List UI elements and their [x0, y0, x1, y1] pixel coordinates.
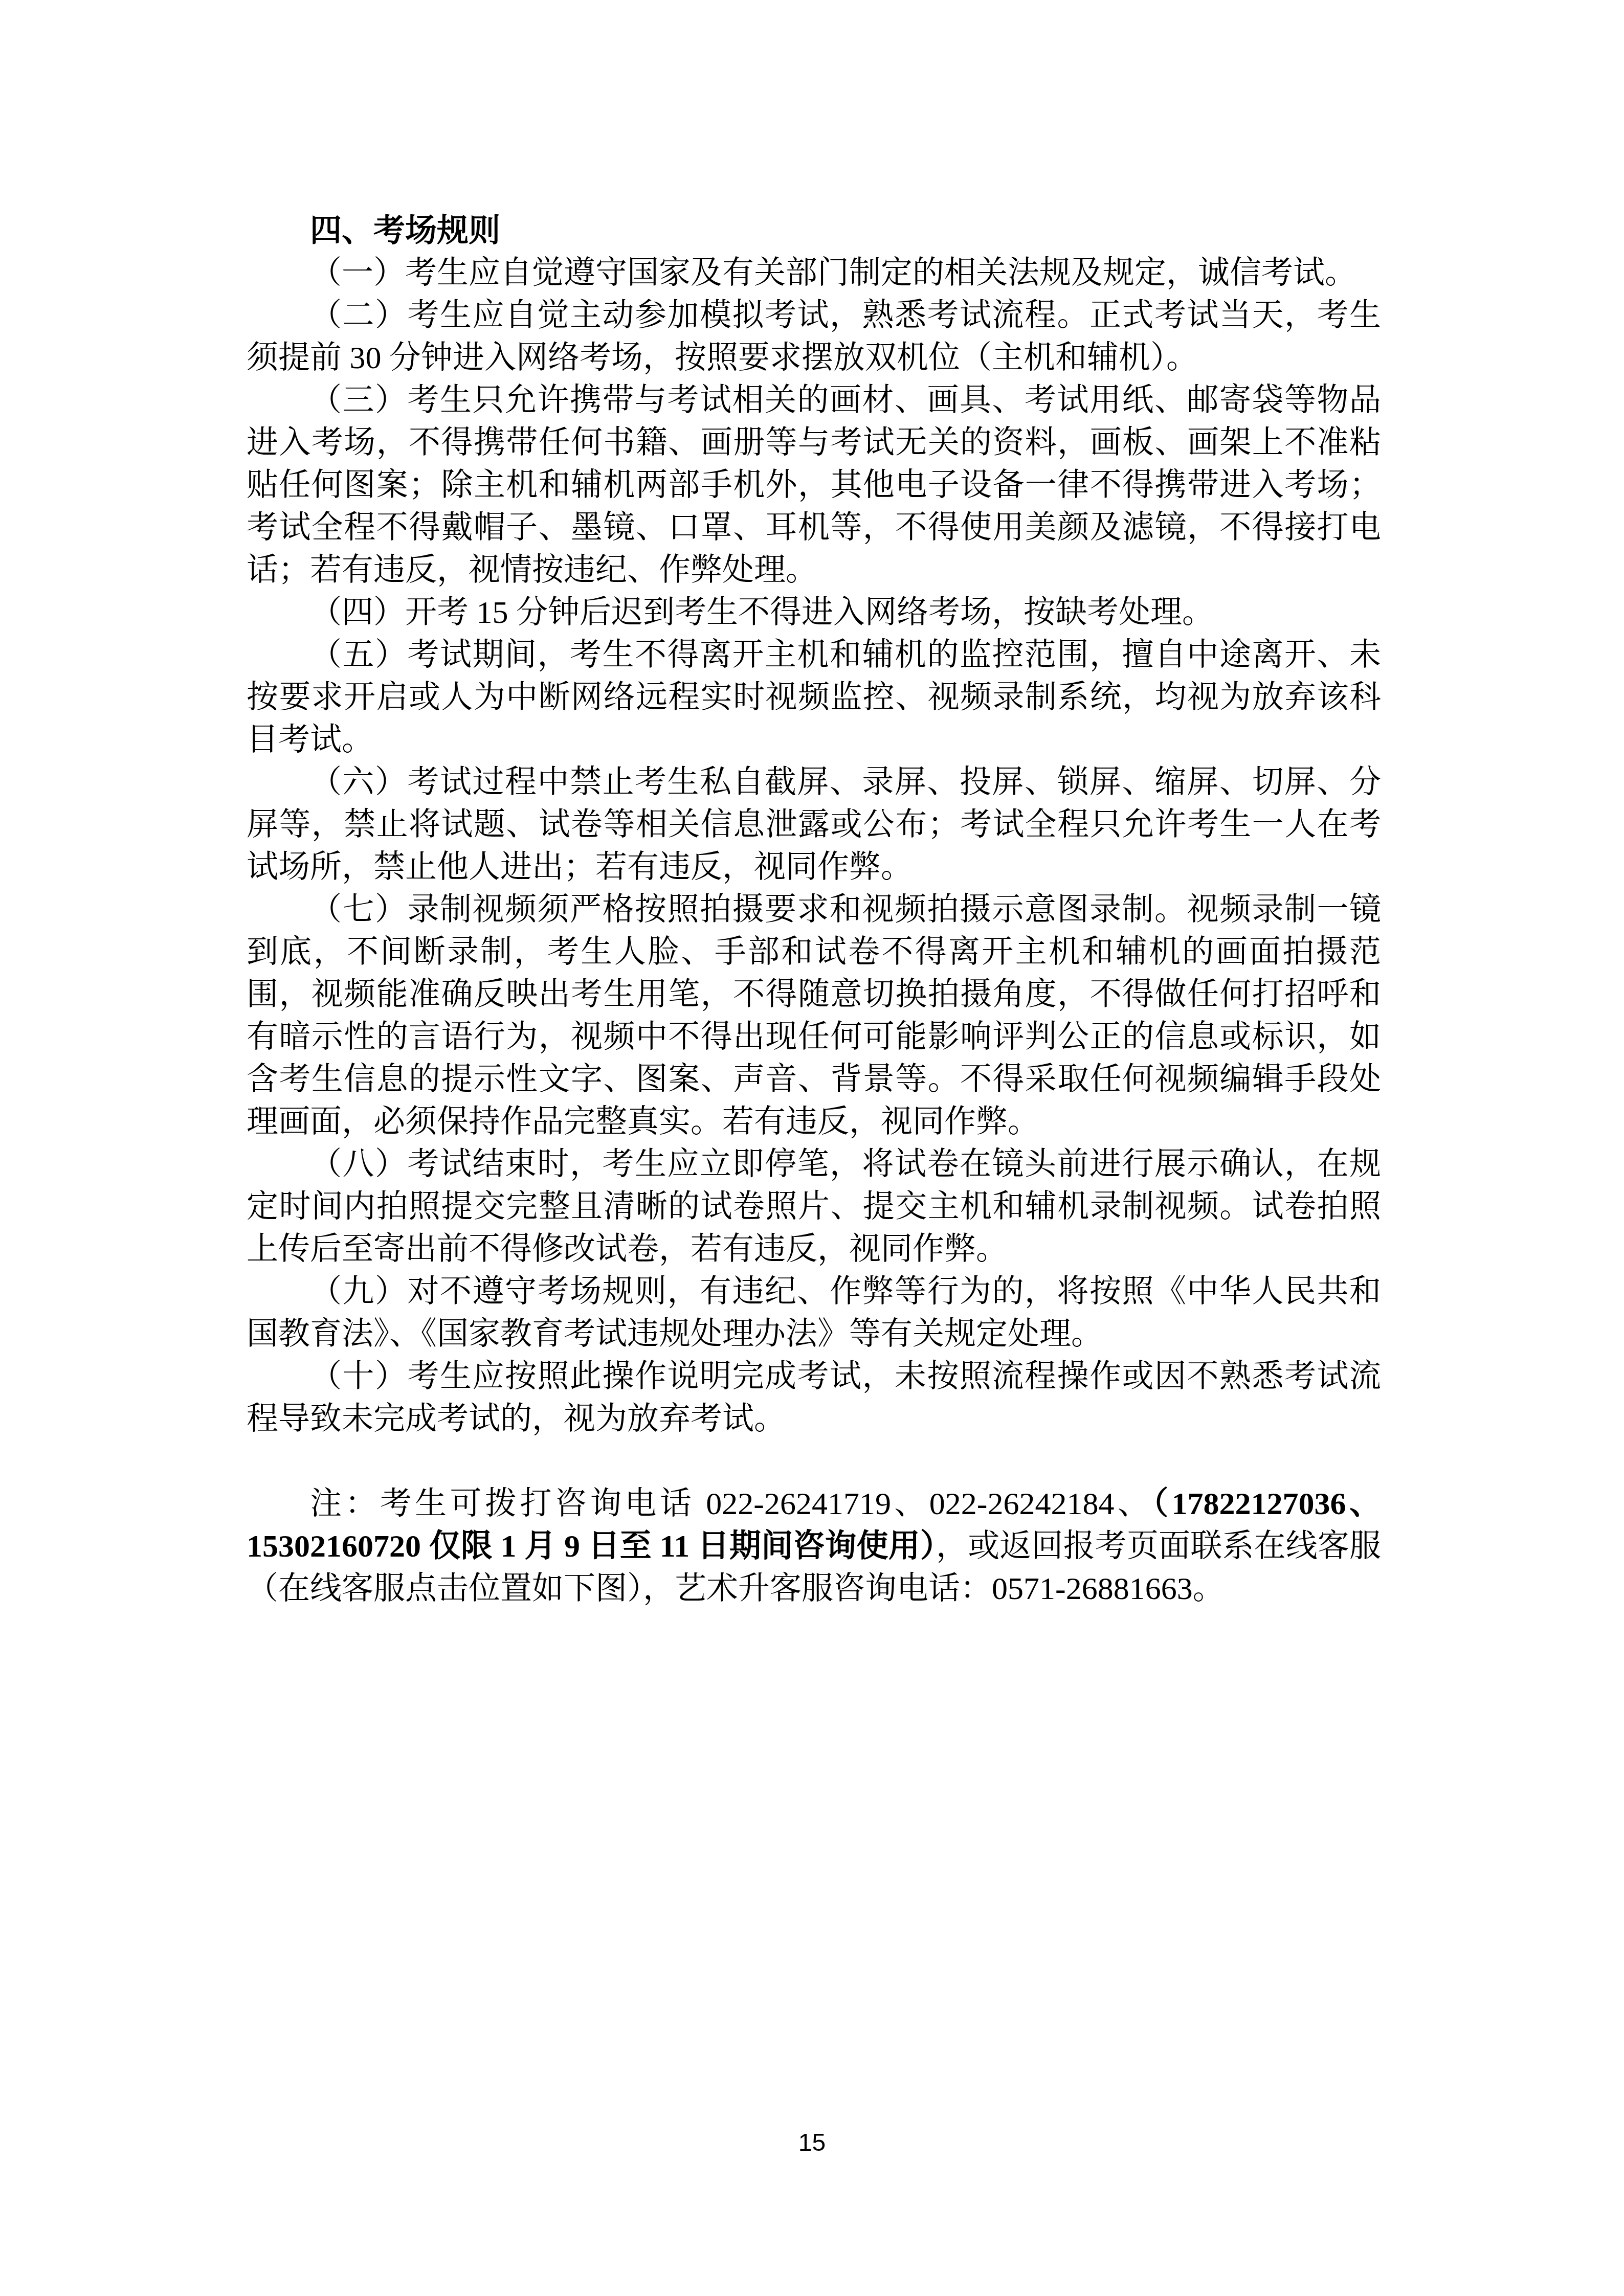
- rule-paragraph-6: （六）考试过程中禁止考生私自截屏、录屏、投屏、锁屏、缩屏、切屏、分屏等，禁止将试…: [247, 761, 1381, 889]
- rule-paragraph-7: （七）录制视频须严格按照拍摄要求和视频拍摄示意图录制。视频录制一镜到底，不间断录…: [247, 889, 1381, 1143]
- rule-paragraph-8: （八）考试结束时，考生应立即停笔，将试卷在镜头前进行展示确认，在规定时间内拍照提…: [247, 1143, 1381, 1271]
- rule-paragraph-3: （三）考生只允许携带与考试相关的画材、画具、考试用纸、邮寄袋等物品进入考场，不得…: [247, 379, 1381, 592]
- rule-paragraph-1: （一）考生应自觉遵守国家及有关部门制定的相关法规及规定，诚信考试。: [247, 252, 1381, 295]
- note-text-prefix: 注：考生可拨打咨询电话 022-26241719、022-26242184、: [310, 1487, 1152, 1521]
- rule-paragraph-5: （五）考试期间，考生不得离开主机和辅机的监控范围，擅自中途离开、未按要求开启或人…: [247, 634, 1381, 761]
- rule-paragraph-9: （九）对不遵守考场规则，有违纪、作弊等行为的，将按照《中华人民共和国教育法》、《…: [247, 1271, 1381, 1356]
- page-number: 15: [0, 2129, 1624, 2157]
- document-page: 四、考场规则 （一）考生应自觉遵守国家及有关部门制定的相关法规及规定，诚信考试。…: [0, 0, 1624, 2296]
- rule-paragraph-2: （二）考生应自觉主动参加模拟考试，熟悉考试流程。正式考试当天，考生须提前 30 …: [247, 295, 1381, 379]
- document-body: 四、考场规则 （一）考生应自觉遵守国家及有关部门制定的相关法规及规定，诚信考试。…: [247, 210, 1381, 1610]
- rule-paragraph-10: （十）考生应按照此操作说明完成考试，未按照流程操作或因不熟悉考试流程导致未完成考…: [247, 1356, 1381, 1440]
- section-title: 四、考场规则: [247, 210, 1381, 252]
- rule-paragraph-4: （四）开考 15 分钟后迟到考生不得进入网络考场，按缺考处理。: [247, 592, 1381, 634]
- note-paragraph: 注：考生可拨打咨询电话 022-26241719、022-26242184、（1…: [247, 1483, 1381, 1610]
